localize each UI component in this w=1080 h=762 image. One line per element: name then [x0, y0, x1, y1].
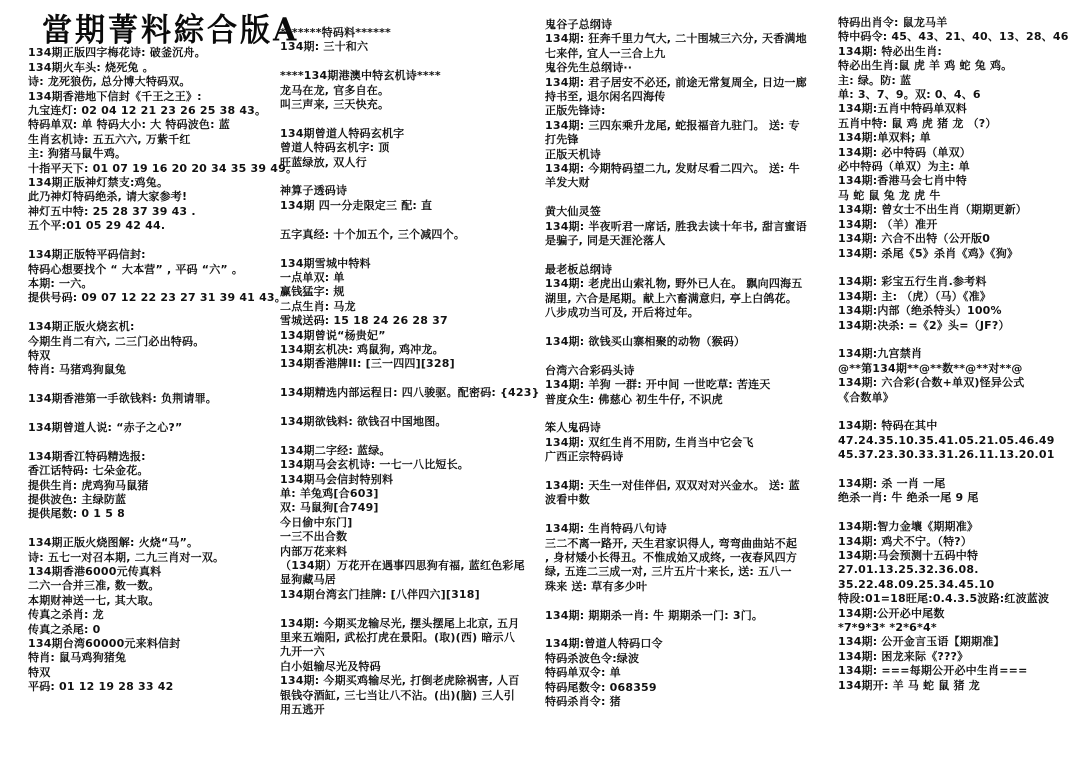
text-line: 特码单双: 单 特码大小: 大 特码波色: 蓝 [28, 118, 270, 132]
text-line: 134期: （羊）准开 [838, 218, 1078, 232]
text-line: 134期: 老虎出山索礼物, 野外已人在。 飘向四海五 [545, 277, 833, 291]
text-line: 134期香港第一手欲钱料: 负荆请罪。 [28, 392, 270, 406]
text-line: 134期香江特码精选报: [28, 450, 270, 464]
text-line: 提供生肖: 虎鸡狗马鼠猪 [28, 479, 270, 493]
text-line: 特码杀波色令:绿波 [545, 652, 833, 666]
text-line: 一三不出合数 [280, 530, 536, 544]
text-line: 134期台湾玄门挂牌: [八伴四六][318] [280, 588, 536, 602]
text-line: 特码心想要找个 “ 大本营” , 平码 “六” 。 [28, 263, 270, 277]
text-line: 主: 绿。防: 蓝 [838, 74, 1078, 88]
text-line [280, 401, 536, 415]
text-line: 二六一合并三准, 数一数。 [28, 579, 270, 593]
text-line [838, 261, 1078, 275]
text-line: 正版天机诗 [545, 148, 833, 162]
text-line: 银钱夺酒缸, 三七当让八不沾。(出)(脑) 三人引 [280, 689, 536, 703]
text-line: 必中特码（单双）为主: 单 [838, 160, 1078, 174]
text-line: 35.22.48.09.25.34.45.10 [838, 578, 1078, 592]
text-line: 马 蛇 鼠 兔 龙 虎 牛 [838, 189, 1078, 203]
text-line: 134期: ===每期公开必中生肖=== [838, 664, 1078, 678]
text-line: 134期: 今期买鸡输尽光, 打倒老虎除祸害, 人百 [280, 674, 536, 688]
text-line: 特码出肖令: 鼠龙马羊 [838, 16, 1078, 30]
text-line: 134期: 彩宝五行生肖.参考料 [838, 275, 1078, 289]
column-4: 特码出肖令: 鼠龙马羊特中码令: 45、43、21、40、13、28、46134… [838, 16, 1078, 693]
text-line: 134期香港地下信封《千王之王》: [28, 90, 270, 104]
text-line: 特码单双令: 单 [545, 666, 833, 680]
text-line: 134期: 天生一对佳伴侣, 双双对对兴金水。 送: 蓝 [545, 479, 833, 493]
text-line: 特码杀肖令: 猪 [545, 695, 833, 709]
text-line: 绝杀一肖: 牛 绝杀一尾 9 尾 [838, 491, 1078, 505]
text-line: 134期正版特平码信封: [28, 248, 270, 262]
text-line: 神灯五中特: 25 28 37 39 43 . [28, 205, 270, 219]
text-line: 134期: 羊狗 一群: 开中间 一世吃草: 苦连天 [545, 378, 833, 392]
text-line [838, 333, 1078, 347]
text-line: 传真之杀尾: 0 [28, 623, 270, 637]
text-line: 27.01.13.25.32.36.08. [838, 563, 1078, 577]
text-line: 134期: 杀 一肖 一尾 [838, 477, 1078, 491]
text-line: 特双 [28, 349, 270, 363]
text-line: 特必出生肖:鼠 虎 羊 鸡 蛇 兔 鸡。 [838, 59, 1078, 73]
text-line: 提供波色: 主绿防蓝 [28, 493, 270, 507]
text-line: 134期: 三十和六 [280, 40, 536, 54]
text-line [28, 435, 270, 449]
text-line: 134期:公开必中尾数 [838, 607, 1078, 621]
text-line [280, 372, 536, 386]
text-line: 雪城送码: 15 18 24 26 28 37 [280, 314, 536, 328]
text-line: 五个平:01 05 29 42 44. [28, 219, 270, 233]
text-line: 134期: 期期杀一肖: 牛 期期杀一门: 3门。 [545, 609, 833, 623]
text-line: 134期: 六合彩(合数+单双)怪异公式 [838, 376, 1078, 390]
text-line: 提供尾数: 0 1 5 8 [28, 507, 270, 521]
text-line: 134期: 特码在其中 [838, 419, 1078, 433]
text-line [545, 594, 833, 608]
text-line: 134期: 六合不出特（公开版0 [838, 232, 1078, 246]
text-line: 赢钱猛字: 规 [280, 285, 536, 299]
text-line: ****134期港澳中特玄机诗**** [280, 69, 536, 83]
text-line: 134期: 君子居安不必还, 前途无常复周全, 日边一廊 [545, 76, 833, 90]
text-line: 七来伴, 宜人一三合上九 [545, 47, 833, 61]
text-line [838, 463, 1078, 477]
text-line: 134期: 今期特码望二九, 发财尽看二四六。 送: 牛 [545, 162, 833, 176]
text-line: 134期欲钱料: 欲钱召中国地图。 [280, 415, 536, 429]
text-line: 主: 狗猪马鼠牛鸡。 [28, 147, 270, 161]
text-line: 曾道人特码玄机字: 顶 [280, 141, 536, 155]
text-line: 134期曾道人说: “赤子之心?” [28, 421, 270, 435]
text-line [280, 213, 536, 227]
text-line: 134期 四一分走限定三 配: 直 [280, 199, 536, 213]
text-line: 传真之杀肖: 龙 [28, 608, 270, 622]
text-line: *7*9*3* *2*6*4* [838, 621, 1078, 635]
text-line: 134期:内部（绝杀特头）100% [838, 304, 1078, 318]
text-line: 平码: 01 12 19 28 33 42 [28, 680, 270, 694]
text-line [280, 170, 536, 184]
text-line: 134期:五肖中特码单双料 [838, 102, 1078, 116]
text-line: 提供号码: 09 07 12 22 23 27 31 39 41 43。 [28, 291, 270, 305]
text-line: 打先锋 [545, 133, 833, 147]
text-line: 特中码令: 45、43、21、40、13、28、46 [838, 30, 1078, 44]
text-line: 《合数单》 [838, 391, 1078, 405]
column-2: *******特码料******134期: 三十和六 ****134期港澳中特玄… [280, 26, 536, 718]
text-line: 134期正版火烧图解: 火烧“马”。 [28, 536, 270, 550]
text-line: 本期: 一六。 [28, 277, 270, 291]
text-line: 134期: 三四东乘升龙尾, 蛇报福音九驻门。 送: 专 [545, 119, 833, 133]
text-line [545, 407, 833, 421]
text-line: 一点单双: 单 [280, 271, 536, 285]
text-line: 特肖: 马猪鸡狗鼠兔 [28, 363, 270, 377]
text-line: 香江话特码: 七朵金花。 [28, 464, 270, 478]
column-1-text: 134期正版四字梅花诗: 破釜沉舟。134期火车头: 烧死兔 。诗: 龙死狼伤,… [28, 46, 270, 694]
text-line: 生肖玄机诗: 五五六六, 万紫千红 [28, 133, 270, 147]
text-line [280, 112, 536, 126]
text-line [28, 378, 270, 392]
text-line: 134期: 困龙来际《???》 [838, 650, 1078, 664]
text-line [280, 602, 536, 616]
text-line: 134期: 今期买龙输尽光, 摆头摆尾上北京, 五月 [280, 617, 536, 631]
text-line: 134期: 曾女士不出生肖（期期更新） [838, 203, 1078, 217]
text-line: 旺蓝绿放, 双人行 [280, 156, 536, 170]
text-line: 是骗子, 同是天涯沦落人 [545, 234, 833, 248]
text-line: 134期:曾道人特码口令 [545, 637, 833, 651]
text-line: 台湾六合彩码头诗 [545, 364, 833, 378]
text-line: 134期曾说“杨贵妃” [280, 329, 536, 343]
text-line: 134期: 特必出生肖: [838, 45, 1078, 59]
text-line [28, 522, 270, 536]
text-line: 诗: 五七一对召本期, 二九三肖对一双。 [28, 551, 270, 565]
text-line: 八步成功当可及, 开后将过年。 [545, 306, 833, 320]
text-line [545, 249, 833, 263]
text-line: 134期: 必中特码（单双） [838, 146, 1078, 160]
text-line: 二点生肖: 马龙 [280, 300, 536, 314]
text-line: 九开一六 [280, 645, 536, 659]
text-line: 五肖中特: 鼠 鸡 虎 猪 龙 （?） [838, 117, 1078, 131]
text-line: 诗: 龙死狼伤, 总分博大特码双。 [28, 75, 270, 89]
text-line: 134期曾道人特码玄机字 [280, 127, 536, 141]
text-line: 今日偷中东门] [280, 516, 536, 530]
text-line: 134期马会信封特别料 [280, 473, 536, 487]
text-line: 特肖: 鼠马鸡狗猪兔 [28, 651, 270, 665]
text-line: 里来五端阳, 武松打虎在景阳。(取)(西) 暗示八 [280, 631, 536, 645]
text-line [838, 405, 1078, 419]
text-line: 134期:马会预测十五码中特 [838, 549, 1078, 563]
text-line: 134期: 半夜听君一席话, 胜我去读十年书, 甜言蜜语 [545, 220, 833, 234]
text-line: 羊发大财 [545, 176, 833, 190]
text-line: 神算子透码诗 [280, 184, 536, 198]
text-line: , 身材矮小长得丑。不惟成始又成终, 一夜春风四方 [545, 551, 833, 565]
text-line: 双: 马鼠狗[合749] [280, 501, 536, 515]
text-line: 特双 [28, 666, 270, 680]
text-line [545, 321, 833, 335]
text-line: 最老板总纲诗 [545, 263, 833, 277]
text-line: 今期生肖二有六, 二三门必出特码。 [28, 335, 270, 349]
text-line: 此乃神灯特码绝杀, 请大家参考! [28, 190, 270, 204]
text-line: 本期财神送一七, 其大取。 [28, 594, 270, 608]
text-line: 鬼谷先生总纲诗·· [545, 61, 833, 75]
text-line [28, 306, 270, 320]
text-line: 五字真经: 十个加五个, 三个减四个。 [280, 228, 536, 242]
text-line: 134期雪城中特料 [280, 257, 536, 271]
text-line: 134期精选内部运程日: 四八骏驱。配密码: {423} [280, 386, 536, 400]
text-line: 134期:智力金壤《期期准》 [838, 520, 1078, 534]
text-line: 134期: 生肖特码八句诗 [545, 522, 833, 536]
text-line: 134期火车头: 烧死兔 。 [28, 61, 270, 75]
text-line: （134期）万花开在遇事四思狗有福, 蓝红色彩尾 [280, 559, 536, 573]
text-line: 持书至, 退尔闲名四海传 [545, 90, 833, 104]
text-line: 叫三声来, 三天快充。 [280, 98, 536, 112]
text-line: 十指平天下: 01 07 19 16 20 20 34 35 39 49。 [28, 162, 270, 176]
column-3-text: 鬼谷子总纲诗134期: 狂奔千里力气大, 二十围城三六分, 天香满地七来伴, 宜… [545, 18, 833, 710]
column-3: 鬼谷子总纲诗134期: 狂奔千里力气大, 二十围城三六分, 天香满地七来伴, 宜… [545, 18, 833, 710]
text-line: *******特码料****** [280, 26, 536, 40]
text-line: 134期: 鸡犬不宁。（特?） [838, 535, 1078, 549]
text-line: 134期香港6000元传真料 [28, 565, 270, 579]
text-line: 47.24.35.10.35.41.05.21.05.46.49 [838, 434, 1078, 448]
text-line: 内部万花来料 [280, 545, 536, 559]
lottery-tip-sheet-page: 當期菁料綜合版A 134期正版四字梅花诗: 破釜沉舟。134期火车头: 烧死兔 … [0, 0, 1080, 762]
text-line [28, 407, 270, 421]
text-line: 134期玄机决: 鸡鼠狗, 鸡冲龙。 [280, 343, 536, 357]
text-line [280, 242, 536, 256]
text-line: 134期: 主: （虎）（马）《准》 [838, 290, 1078, 304]
text-line: 特段:01=18旺尾:0.4.3.5波路:红波蓝波 [838, 592, 1078, 606]
text-line: 134期:决杀: =《2》头=（JF?） [838, 319, 1078, 333]
text-line: 134期:九宫禁肖 [838, 347, 1078, 361]
text-line: 134期二字经: 蓝绿。 [280, 444, 536, 458]
text-line: 134期台湾60000元来料信封 [28, 637, 270, 651]
text-line: 特码尾数令: 068359 [545, 681, 833, 695]
text-line: 珠来 送: 草有多少叶 [545, 580, 833, 594]
text-line [28, 234, 270, 248]
text-line: 134期: 杀尾《5》杀肖《鸡》《狗》 [838, 247, 1078, 261]
text-line: 用五逃开 [280, 703, 536, 717]
text-line: 134期: 欲钱买山寨相聚的动物（猴码） [545, 335, 833, 349]
text-line: 龙马在龙, 官多自在。 [280, 84, 536, 98]
text-line: 三二不离一路开, 天生君家识得人, 弯弯曲曲站不起 [545, 537, 833, 551]
text-line: 134期: 狂奔千里力气大, 二十围城三六分, 天香满地 [545, 32, 833, 46]
text-line: 正版先锋诗: [545, 104, 833, 118]
text-line: 134期: 公开金言玉语【期期准】 [838, 635, 1078, 649]
text-line: 134期:单双料; 单 [838, 131, 1078, 145]
text-line [545, 349, 833, 363]
text-line [280, 55, 536, 69]
text-line: 白小姐输尽光及特码 [280, 660, 536, 674]
text-line: 134期: 双红生肖不用防, 生肖当中它会飞 [545, 436, 833, 450]
text-line [545, 508, 833, 522]
text-line [838, 506, 1078, 520]
text-line: 显狗藏马居 [280, 573, 536, 587]
text-line: 普度众生: 佛慈心 初生牛仔, 不识虎 [545, 393, 833, 407]
text-line: 黄大仙灵签 [545, 205, 833, 219]
text-line: 九宝连灯: 02 04 12 21 23 26 25 38 43。 [28, 104, 270, 118]
text-line: 134期正版火烧玄机: [28, 320, 270, 334]
column-1: 當期菁料綜合版A 134期正版四字梅花诗: 破釜沉舟。134期火车头: 烧死兔 … [28, 24, 270, 695]
page-title: 當期菁料綜合版A [42, 24, 270, 39]
text-line: 广西正宗特码诗 [545, 450, 833, 464]
text-line: 134期正版神灯禁支:鸡兔。 [28, 176, 270, 190]
text-line: 湖里, 六合是尾期。献上六畜满意归, 亭上白鸽花。 [545, 292, 833, 306]
text-line [545, 191, 833, 205]
text-line: @**第134期**@**数**@**对**@ [838, 362, 1078, 376]
text-line: 单: 3、7、9。双: 0、4、6 [838, 88, 1078, 102]
column-4-text: 特码出肖令: 鼠龙马羊特中码令: 45、43、21、40、13、28、46134… [838, 16, 1078, 693]
text-line: 134期开: 羊 马 蛇 鼠 猪 龙 [838, 679, 1078, 693]
text-line [545, 465, 833, 479]
text-line: 绿, 五连二三成一对, 三片五片十来长, 送: 五八一 [545, 565, 833, 579]
text-line: 134期:香港马会七肖中特 [838, 174, 1078, 188]
text-line: 134期香港牌II: [三一四四][328] [280, 357, 536, 371]
text-line: 45.37.23.30.33.31.26.11.13.20.01 [838, 448, 1078, 462]
text-line: 鬼谷子总纲诗 [545, 18, 833, 32]
text-line: 笨人鬼码诗 [545, 421, 833, 435]
text-line: 134期马会玄机诗: 一七一八比短长。 [280, 458, 536, 472]
text-line [545, 623, 833, 637]
column-2-text: *******特码料******134期: 三十和六 ****134期港澳中特玄… [280, 26, 536, 718]
text-line: 波看中数 [545, 493, 833, 507]
text-line: 单: 羊兔鸡[合603] [280, 487, 536, 501]
text-line [280, 429, 536, 443]
